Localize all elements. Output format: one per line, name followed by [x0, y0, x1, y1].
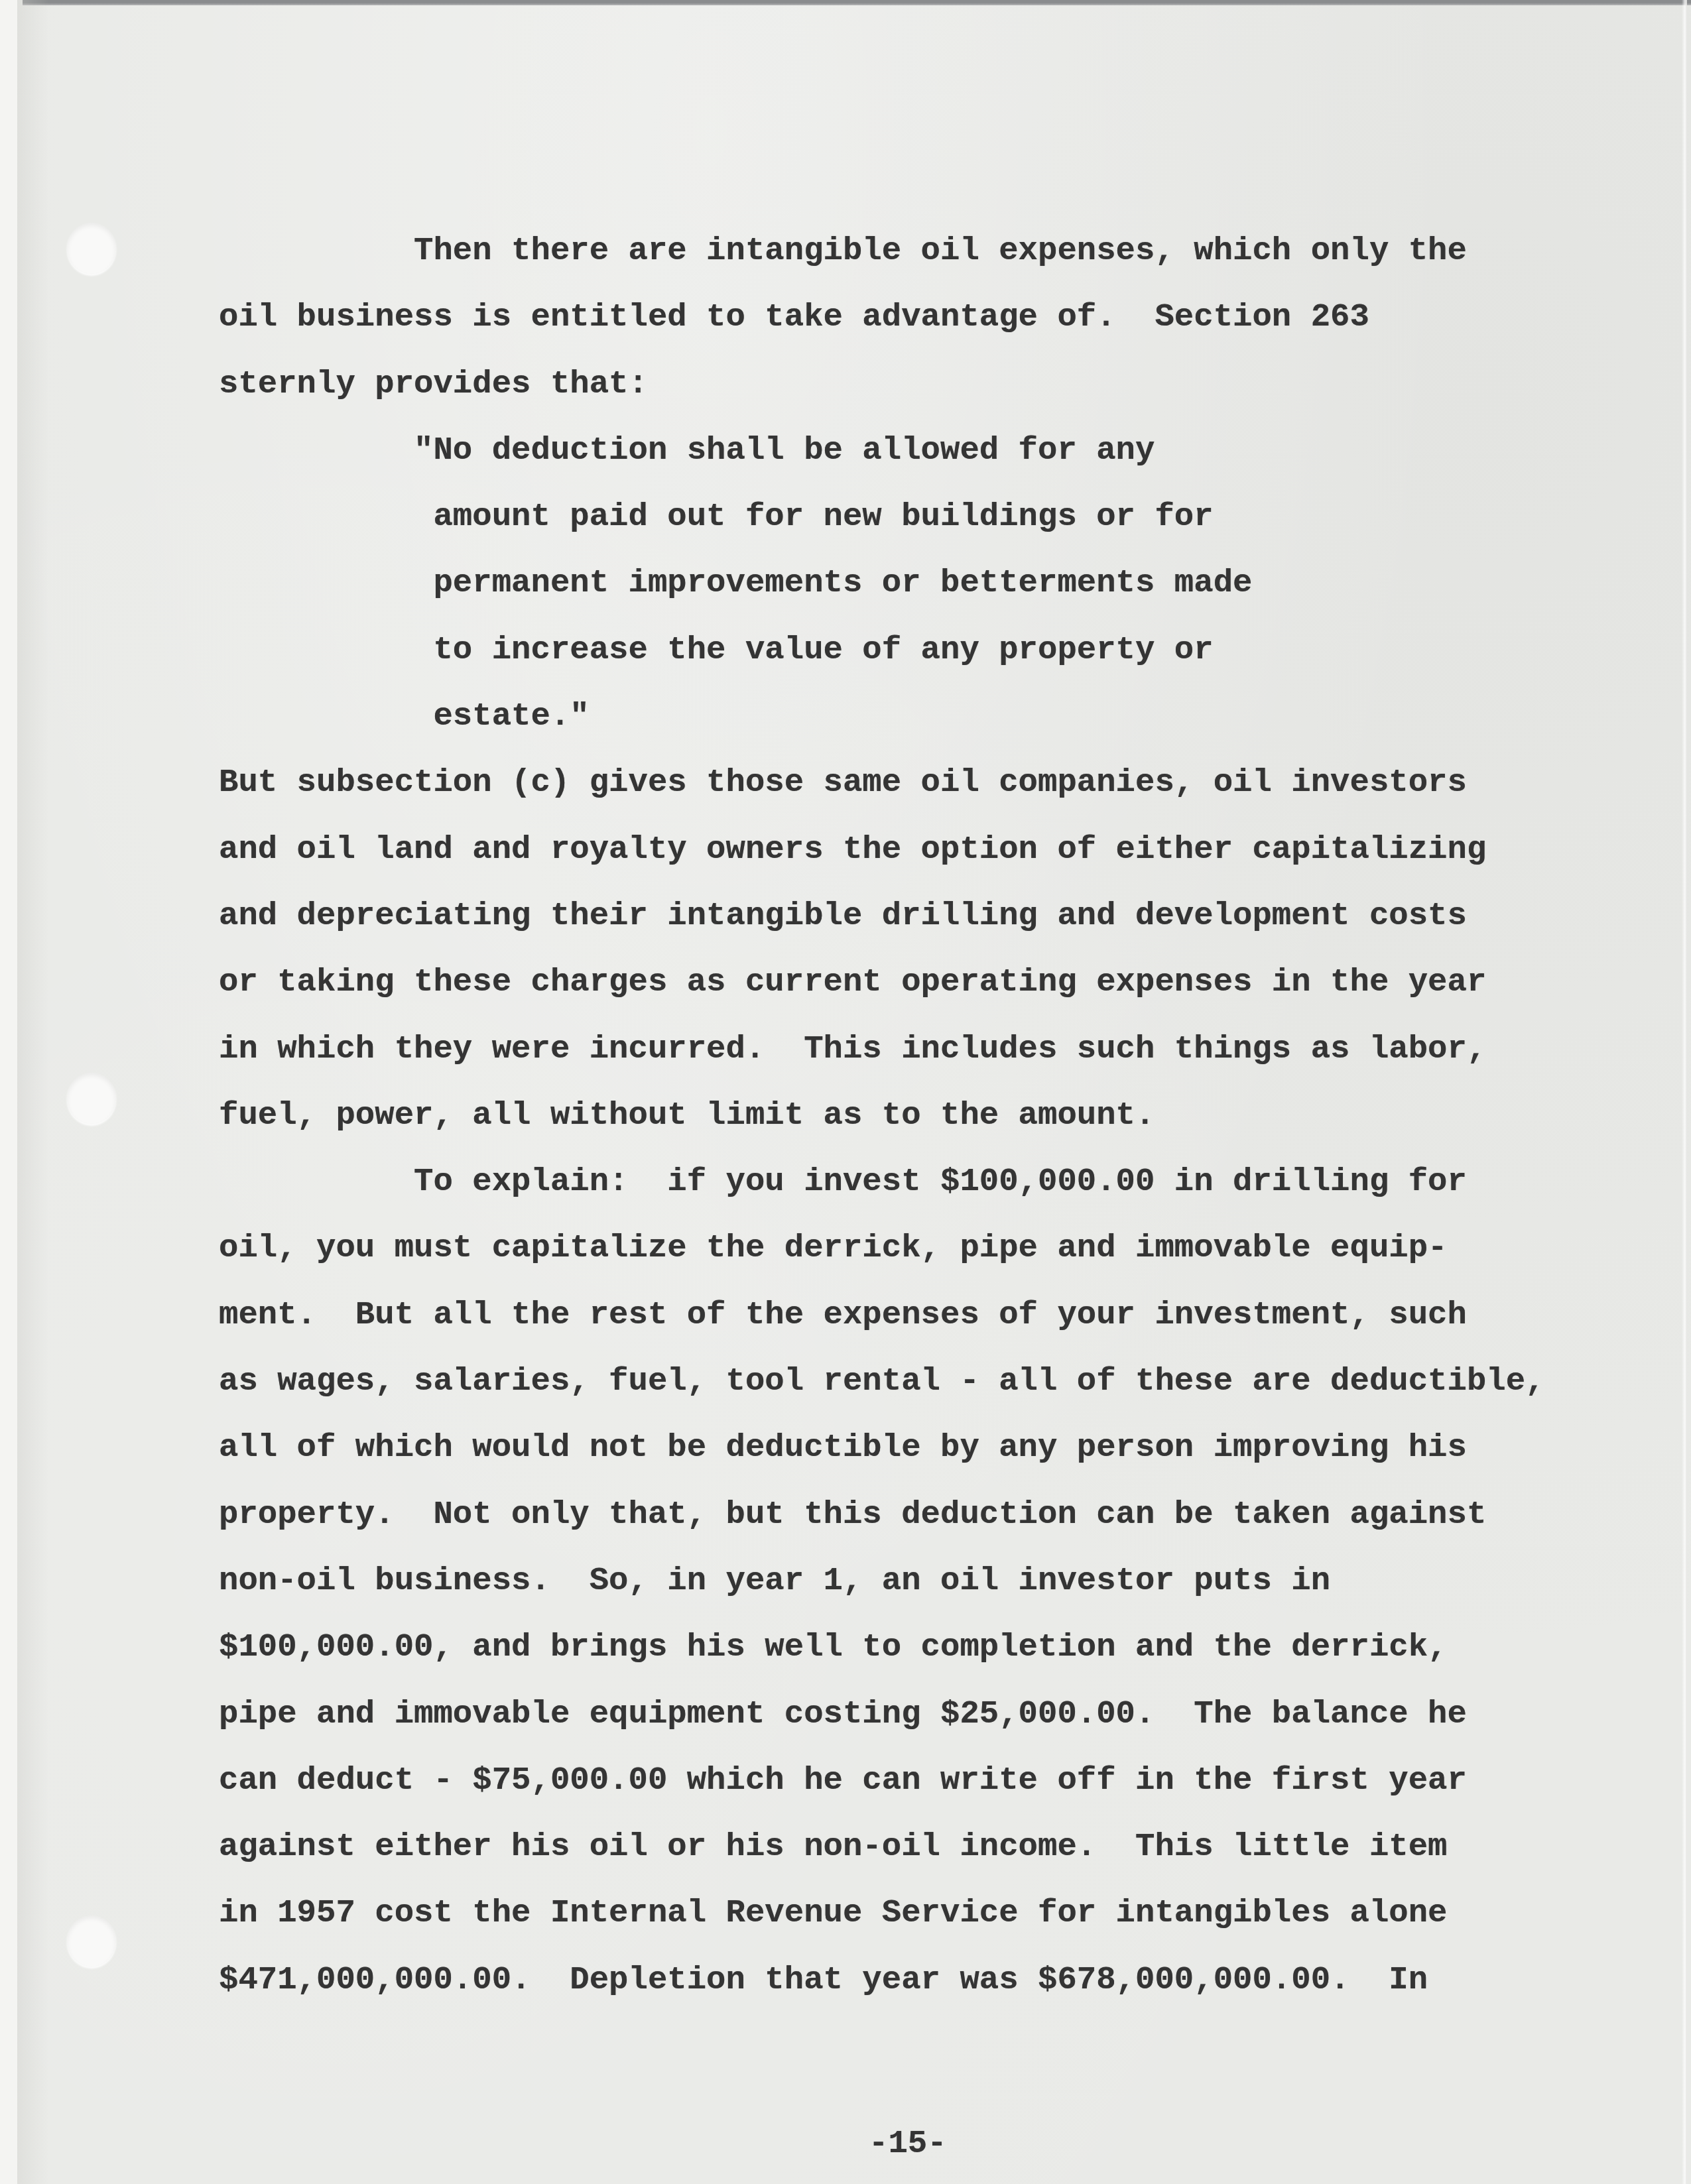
text-line: in which they were incurred. This includ… — [219, 1016, 1545, 1082]
text-line: $100,000.00, and brings his well to comp… — [219, 1614, 1545, 1680]
text-line: against either his oil or his non-oil in… — [219, 1813, 1545, 1880]
page-right-edge — [1682, 0, 1687, 2184]
text-line: as wages, salaries, fuel, tool rental - … — [219, 1348, 1545, 1414]
text-line: pipe and immovable equipment costing $25… — [219, 1681, 1545, 1747]
punch-hole-bottom — [67, 1915, 116, 1967]
text-line: all of which would not be deductible by … — [219, 1414, 1545, 1481]
text-line: ment. But all the rest of the expenses o… — [219, 1282, 1545, 1348]
text-line: amount paid out for new buildings or for — [219, 483, 1545, 550]
text-line: To explain: if you invest $100,000.00 in… — [219, 1148, 1545, 1215]
text-line: But subsection (c) gives those same oil … — [219, 749, 1545, 816]
typewritten-lines: Then there are intangible oil expenses, … — [219, 217, 1545, 2013]
scan-top-edge — [23, 0, 1691, 5]
text-line: $471,000,000.00. Depletion that year was… — [219, 1947, 1545, 2013]
scan-left-margin — [0, 0, 17, 2184]
text-line: non-oil business. So, in year 1, an oil … — [219, 1547, 1545, 1614]
text-line: and depreciating their intangible drilli… — [219, 882, 1545, 949]
text-line: can deduct - $75,000.00 which he can wri… — [219, 1747, 1545, 1813]
text-line: "No deduction shall be allowed for any — [219, 417, 1545, 483]
text-line: or taking these charges as current opera… — [219, 949, 1545, 1015]
text-line: permanent improvements or betterments ma… — [219, 550, 1545, 616]
text-line: estate." — [219, 683, 1545, 749]
text-line: Then there are intangible oil expenses, … — [219, 217, 1545, 284]
punch-hole-top — [67, 223, 116, 274]
document-page: Then there are intangible oil expenses, … — [0, 0, 1691, 2184]
text-line: sternly provides that: — [219, 351, 1545, 417]
page-left-edge-shadow — [17, 0, 49, 2184]
punch-hole-middle — [67, 1073, 116, 1124]
text-line: to increase the value of any property or — [219, 617, 1545, 683]
text-line: in 1957 cost the Internal Revenue Servic… — [219, 1880, 1545, 1946]
text-line: oil, you must capitalize the derrick, pi… — [219, 1215, 1545, 1281]
text-line: fuel, power, all without limit as to the… — [219, 1082, 1545, 1148]
page-number: -15- — [869, 2110, 947, 2177]
text-line: and oil land and royalty owners the opti… — [219, 816, 1545, 882]
text-line: property. Not only that, but this deduct… — [219, 1481, 1545, 1547]
text-line: oil business is entitled to take advanta… — [219, 284, 1545, 350]
